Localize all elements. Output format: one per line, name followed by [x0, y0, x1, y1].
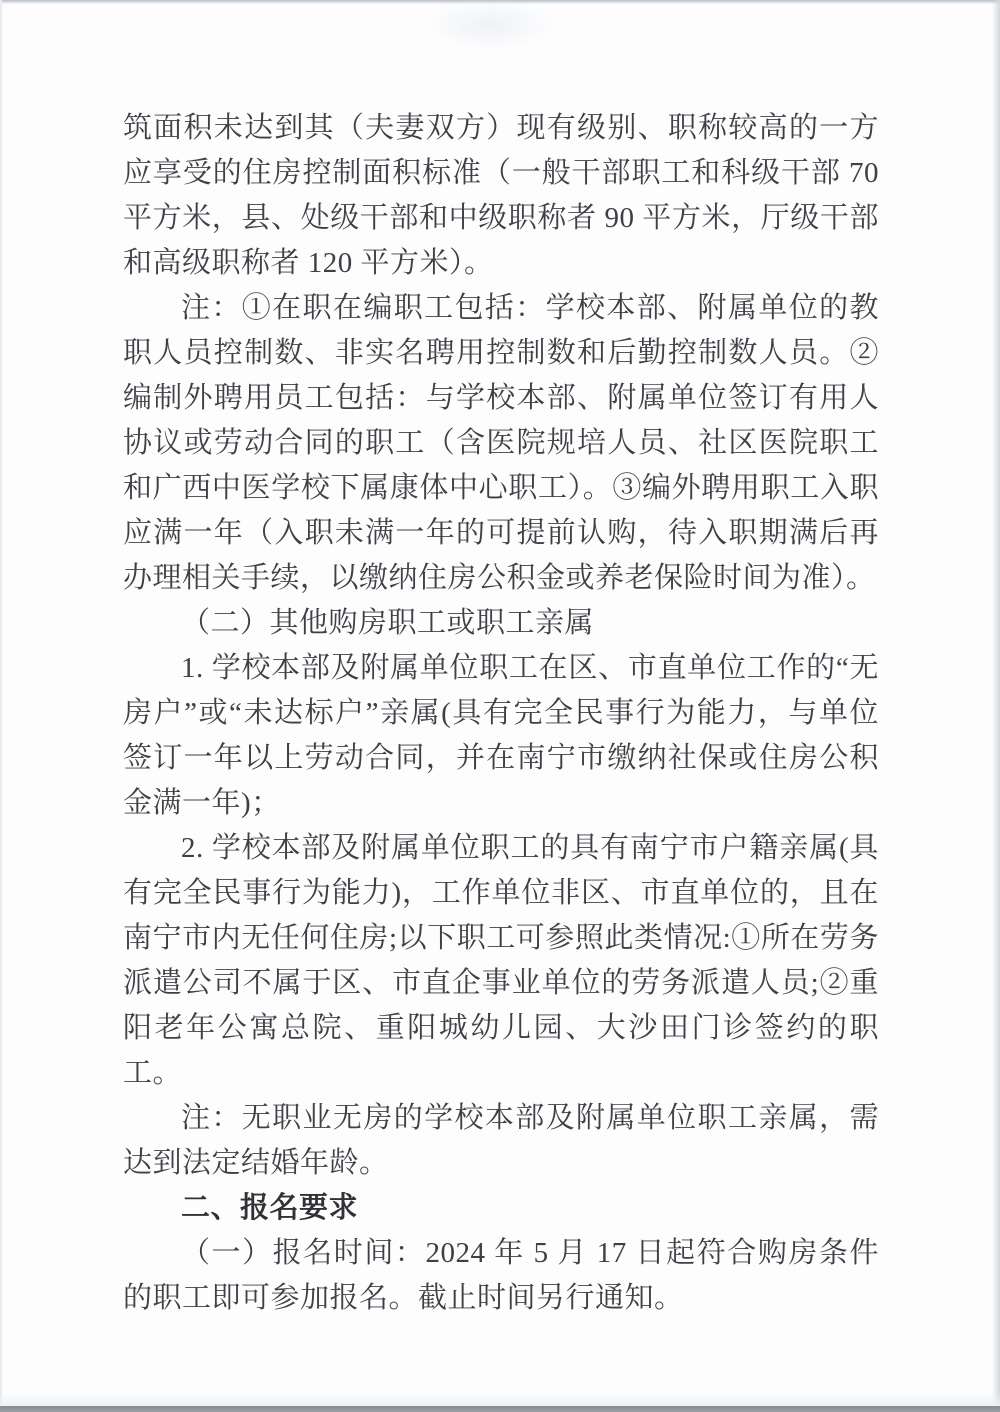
paragraph-note-staff-definitions: 注：①在职在编职工包括：学校本部、附属单位的教职人员控制数、非实名聘用控制数和后…	[123, 286, 879, 601]
page-right-edge	[992, 0, 1000, 1412]
paragraph-item-2-household-relatives: 2. 学校本部及附属单位职工的具有南宁市户籍亲属(具有完全民事行为能力)，工作单…	[123, 826, 879, 1096]
document-page: 筑面积未达到其（夫妻双方）现有级别、职称较高的一方应享受的住房控制面积标准（一般…	[0, 0, 1000, 1412]
paragraph-registration-time: （一）报名时间：2024 年 5 月 17 日起符合购房条件的职工即可参加报名。…	[123, 1231, 879, 1321]
scan-smudge	[425, 0, 555, 50]
page-bottom-shade	[0, 1392, 1000, 1406]
page-bottom-edge	[0, 1406, 1000, 1412]
paragraph-housing-area-standard: 筑面积未达到其（夫妻双方）现有级别、职称较高的一方应享受的住房控制面积标准（一般…	[123, 106, 879, 286]
paragraph-subsection-other-buyers: （二）其他购房职工或职工亲属	[123, 601, 879, 646]
page-left-edge	[0, 0, 2, 1412]
section-heading-registration-requirements: 二、报名要求	[123, 1186, 879, 1231]
paragraph-note-marriage-age: 注：无职业无房的学校本部及附属单位职工亲属，需达到法定结婚年龄。	[123, 1096, 879, 1186]
paragraph-item-1-relatives: 1. 学校本部及附属单位职工在区、市直单位工作的“无房户”或“未达标户”亲属(具…	[123, 646, 879, 826]
document-content: 筑面积未达到其（夫妻双方）现有级别、职称较高的一方应享受的住房控制面积标准（一般…	[123, 106, 879, 1321]
